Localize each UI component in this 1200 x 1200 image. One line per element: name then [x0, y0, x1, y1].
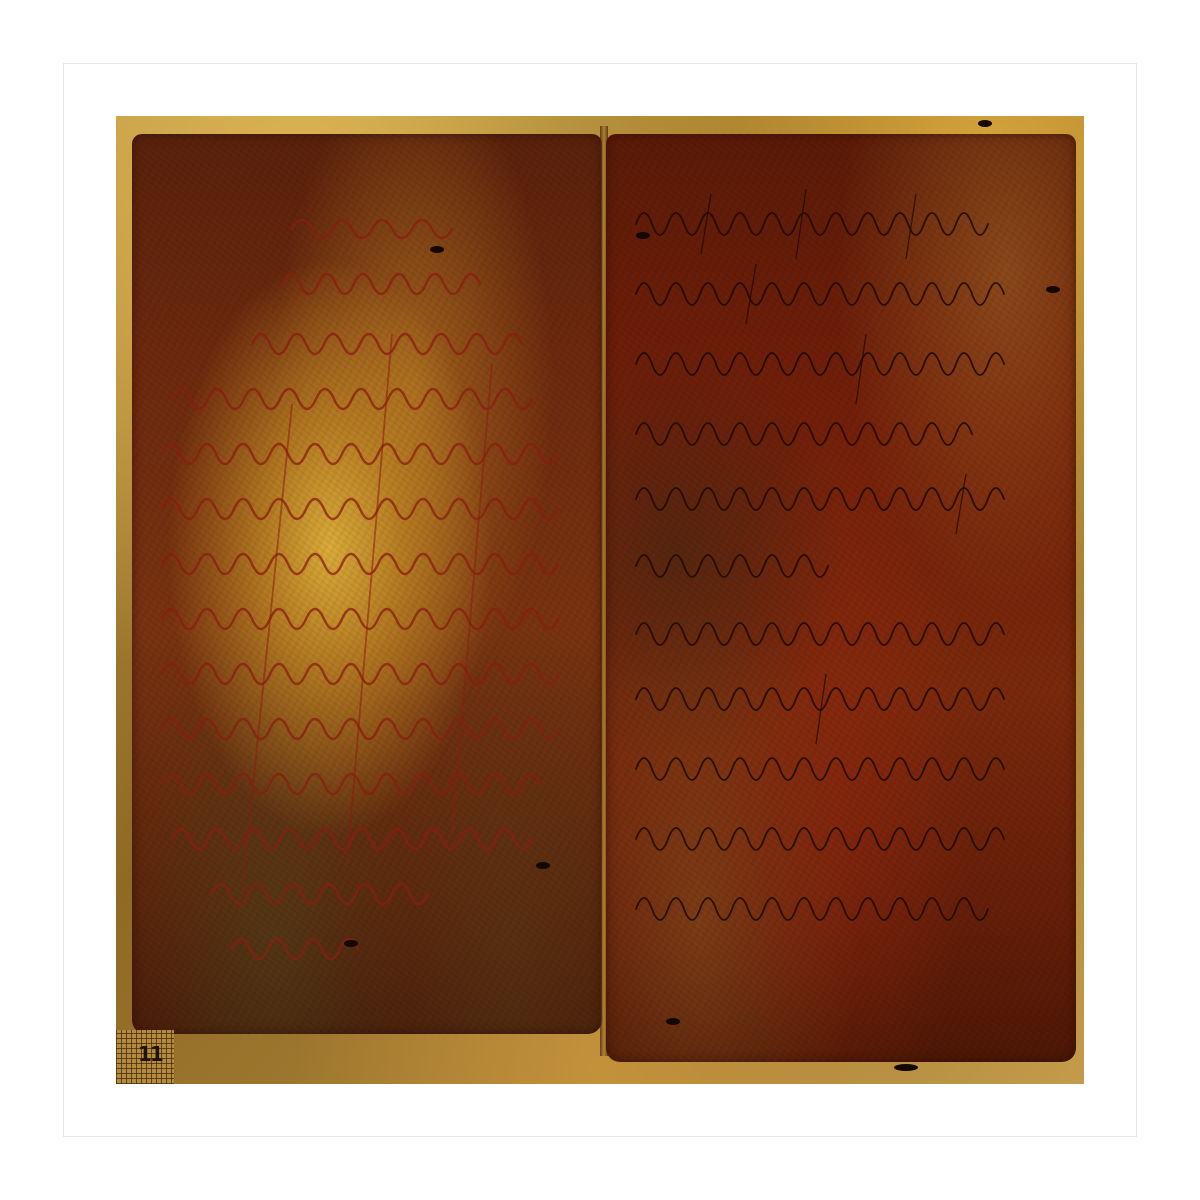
page-blemish	[1046, 286, 1060, 293]
left-page-handwriting	[132, 134, 602, 1034]
page-blemish	[536, 862, 550, 869]
paper-blemish	[894, 1064, 918, 1071]
page-blemish	[666, 1018, 680, 1025]
grid-paper-label: 11	[116, 1030, 174, 1084]
paper-blemish	[978, 120, 992, 127]
artwork-print: 11	[116, 116, 1084, 1084]
page-blemish	[344, 940, 358, 947]
page-number: 11	[138, 1042, 162, 1066]
right-page-handwriting	[606, 134, 1076, 1062]
left-page	[132, 134, 602, 1034]
page-blemish	[636, 232, 650, 239]
right-page	[606, 134, 1076, 1062]
page-blemish	[430, 246, 444, 253]
